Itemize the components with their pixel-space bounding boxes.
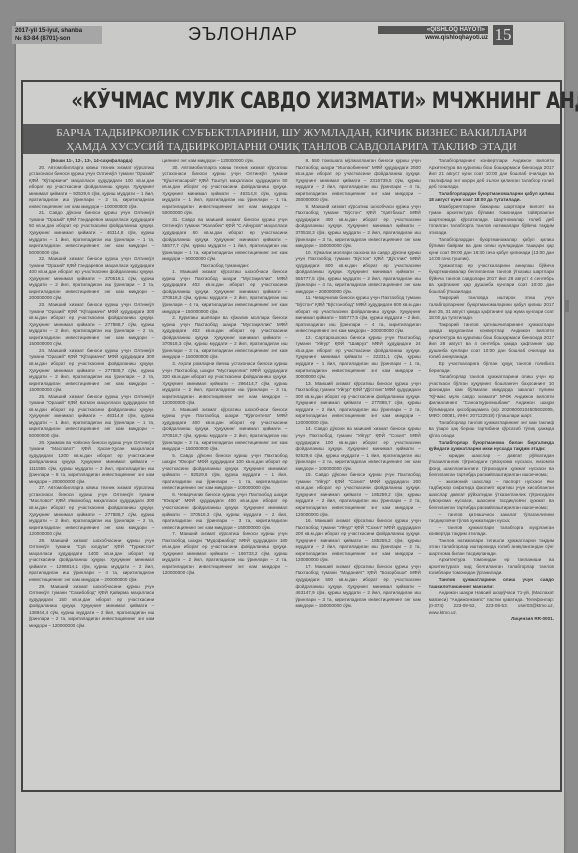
page-header: 2017-yil 15-iyul, shanba № 83-84 (8701)-… bbox=[8, 26, 548, 46]
lot-item: 7. Маиший хизмат кўрсатиш биноси қуриш у… bbox=[162, 531, 287, 577]
terms-paragraph: – танлов қатнашчиси закалат тўлаганлигин… bbox=[429, 512, 554, 525]
terms-paragraph: – юридик шахслар – давлат рўйхатидан ўтк… bbox=[429, 453, 554, 479]
lot-item: 1. Маиший хизмат кўрсатиш шохобчаси бино… bbox=[162, 269, 287, 315]
announcement-frame: «КЎЧМАС МУЛК САВДО ХИЗМАТИ» МЧЖНИНГ АНДИ… bbox=[21, 80, 562, 792]
lot-item: 14. Савдо дўкони ва маиший хизмат биноси… bbox=[296, 426, 421, 472]
issue-date: 2017-yil 15-iyul, shanba bbox=[15, 27, 99, 35]
issue-info: 2017-yil 15-iyul, shanba № 83-84 (8701)-… bbox=[12, 26, 102, 44]
lot-item: 3. Аҳоли ромларни йиғиш устахонаси бинос… bbox=[162, 361, 287, 407]
lot-item: 15. Савдо дўкони биноси қуриш учун Пахта… bbox=[296, 472, 421, 518]
lot-item: 31. Савдо ва маиший хизмат биноси қуриш … bbox=[162, 217, 287, 263]
column-4: Талабгорларнинг конвертлари Андижон вило… bbox=[425, 158, 558, 790]
column-2: циянинг энг кам миқдори – 120000000 сўм.… bbox=[158, 158, 291, 790]
terms-paragraph: Мажбуриятларни бажариш шартлари вилоят в… bbox=[429, 204, 554, 237]
lot-item: 17. Маиший хизмат кўрсатиш биноси қуриш … bbox=[296, 564, 421, 610]
lot-item: 6. Чеварчилик биноси қуриш учун Пахтаобо… bbox=[162, 492, 287, 531]
page-number: 15 bbox=[493, 25, 513, 45]
issue-number: № 83-84 (8701)-son bbox=[15, 35, 99, 43]
lot-item: 16. Маиший хизмат кўрсатиш биноси қуриш … bbox=[296, 518, 421, 564]
lot-item: 8. 550 томошага мўлжалланган биноси қури… bbox=[296, 158, 421, 204]
terms-paragraph: Архитектура томонидан ер танланиши ва ар… bbox=[429, 557, 554, 577]
license-number: Лицензия RR-0001. bbox=[429, 616, 554, 623]
terms-paragraph: Ҳужжатлар ер участкаларини аниқлаш бўйич… bbox=[429, 263, 554, 296]
announcement-banner: БАРЧА ТАДБИРКОРЛИК СУБЪЕКТЛАРИНИ, ШУ ЖУМ… bbox=[23, 124, 560, 154]
contact-heading: Танлов ҳужжатларини олиш учун савдо ташк… bbox=[429, 577, 554, 590]
terms-paragraph: Талабгорлар танлов ҳужжатларининг энг ка… bbox=[429, 420, 554, 440]
contact-details: Андижон шаҳри Навоий шоҳкўчаси 71-уй, (М… bbox=[429, 590, 554, 616]
terms-paragraph: – танлов ҳужжатлари талабгорга муҳрланга… bbox=[429, 525, 554, 538]
terms-paragraph: Танлов натижалари тегишли ҳужжатларни та… bbox=[429, 538, 554, 558]
lot-item: 21. Савдо дўкони биноси қуриш учун Олтин… bbox=[29, 210, 154, 256]
brand-name: «QISHLOQ HAYOTI» bbox=[378, 26, 488, 34]
banner-line-2: ҲАМДА ХУСУСИЙ ТАДБИРКОРЛАРНИ ОЧИҚ ТАНЛОВ… bbox=[23, 140, 560, 154]
page-edge-mark bbox=[565, 300, 569, 312]
section-title: ЭЪЛОНЛАР bbox=[188, 24, 298, 45]
lot-item: 27. Автомобилларга ювиш техник хизмат кў… bbox=[29, 485, 154, 537]
lot-item: 22. Маиший хизмат биноси қуриш учун Олти… bbox=[29, 256, 154, 302]
website-link[interactable]: www.qishloqhayoti.uz bbox=[425, 35, 488, 41]
text-columns: (Боши 11-, 12-, 13-, 14-саҳифаларда) 20.… bbox=[25, 158, 558, 790]
lot-item: 30. Автомобилларга ювиш техник хизмат кў… bbox=[162, 165, 287, 217]
lot-item: 11. Чеварчилик биноси қуриш учун Пахтаоб… bbox=[296, 295, 421, 334]
brand-block: «QISHLOQ HAYOTI» www.qishloqhayoti.uz bbox=[378, 26, 488, 44]
lot-item: 10. Хўжалик моллари ошхона ва савдо дўко… bbox=[296, 250, 421, 296]
lot-item: 28. Маиший хизмат шохобчасини қуриш учун… bbox=[29, 538, 154, 584]
banner-line-1: БАРЧА ТАДБИРКОРЛИК СУБЪЕКТЛАРИНИ, ШУ ЖУМ… bbox=[23, 126, 560, 140]
lot-item: 13. Маиший хизмат кўрсатиш биноси қуриш … bbox=[296, 381, 421, 427]
lot-item: 24. Маиший хизмат биноси қуриш учун Олти… bbox=[29, 348, 154, 394]
terms-paragraph: Такрорий танлов қатнашчиларининг ҳужжатл… bbox=[429, 322, 554, 361]
lot-item: 20. Автомобилларга ювиш техник хизмат кў… bbox=[29, 165, 154, 211]
terms-paragraph: Талабгорлар буюртманома билан биргаликда… bbox=[429, 440, 554, 453]
lot-item: 23. Маиший хизмат биноси қуриш учун Олти… bbox=[29, 302, 154, 348]
announcement-headline: «КЎЧМАС МУЛК САВДО ХИЗМАТИ» МЧЖНИНГ АНДИ… bbox=[71, 84, 511, 120]
lot-item: 2. Қурилиш ашёлари ва хўжалик моллари би… bbox=[162, 315, 287, 361]
terms-paragraph: Ер участкаларига бўлган ҳуқуқ танлов ғол… bbox=[429, 361, 554, 374]
column-3: 8. 550 томошага мўлжалланган биноси қури… bbox=[292, 158, 425, 790]
lot-item: 4. Маиший хизмат кўрсатиш шохобчаси бино… bbox=[162, 407, 287, 453]
terms-paragraph: – жисмоний шахслар – паспорт нусхаси ёки… bbox=[429, 479, 554, 512]
lot-item: 5. Савдо дўкони биноси қуриш учун Пахтао… bbox=[162, 453, 287, 492]
lot-item: 9. Маиший хизмат кўрсатиш шохобчаси қури… bbox=[296, 204, 421, 250]
lot-item: 25. Маиший хизмат биноси қуриш учун Олти… bbox=[29, 394, 154, 440]
terms-paragraph: Талабгорлар танлов ҳужжатларини олиш учу… bbox=[429, 374, 554, 420]
terms-paragraph: Талабгорларнинг конвертлари Андижон вило… bbox=[429, 158, 554, 191]
column-1: (Боши 11-, 12-, 13-, 14-саҳифаларда) 20.… bbox=[25, 158, 158, 790]
terms-paragraph: Такрорий танловда иштирок этиш учун тала… bbox=[429, 295, 554, 321]
lot-item: 26. Ҳаммом ва чойхона биноси қуриш учун … bbox=[29, 440, 154, 486]
terms-paragraph: Талабгорлардан буюртманомалар қабул қили… bbox=[429, 237, 554, 263]
terms-paragraph: Талабгорлардан буюртманомаларни қабул қи… bbox=[429, 191, 554, 204]
lot-item: 12. Сартарошхона биноси қуриш учун Пахта… bbox=[296, 335, 421, 381]
lot-item: 29. Маиший хизмат шохобчасини қуриш учун… bbox=[29, 584, 154, 630]
